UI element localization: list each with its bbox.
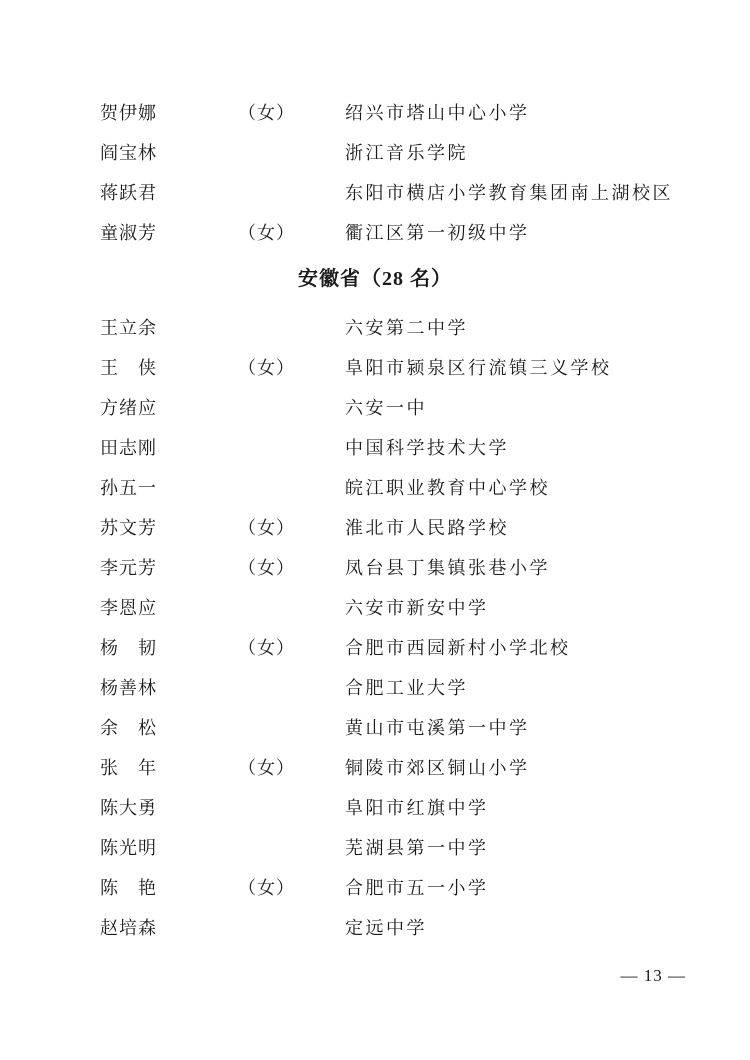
person-name: 童淑芳 bbox=[100, 219, 238, 245]
person-name: 贺伊娜 bbox=[100, 99, 238, 125]
person-name: 王 侠 bbox=[100, 354, 238, 380]
person-name: 陈大勇 bbox=[100, 794, 238, 820]
school-name: 阜阳市红旗中学 bbox=[345, 794, 489, 820]
entry-row: 方绪应 六安一中 bbox=[100, 387, 700, 427]
entry-row: 张 年 （女） 铜陵市郊区铜山小学 bbox=[100, 747, 700, 787]
entry-row: 陈大勇 阜阳市红旗中学 bbox=[100, 787, 700, 827]
entry-row: 赵培森 定远中学 bbox=[100, 907, 700, 947]
entry-row: 田志刚 中国科学技术大学 bbox=[100, 427, 700, 467]
school-name: 中国科学技术大学 bbox=[345, 434, 509, 460]
entry-row: 蒋跃君 东阳市横店小学教育集团南上湖校区 bbox=[100, 172, 700, 212]
entry-row: 陈 艳 （女） 合肥市五一小学 bbox=[100, 867, 700, 907]
person-name: 李恩应 bbox=[100, 594, 238, 620]
person-name: 陈 艳 bbox=[100, 874, 238, 900]
school-name: 衢江区第一初级中学 bbox=[345, 219, 530, 245]
person-name: 杨 韧 bbox=[100, 634, 238, 660]
school-name: 阜阳市颍泉区行流镇三义学校 bbox=[345, 354, 612, 380]
entry-row: 王立余 六安第二中学 bbox=[100, 307, 700, 347]
school-name: 六安市新安中学 bbox=[345, 594, 489, 620]
gender-label: （女） bbox=[238, 634, 345, 660]
entry-row: 孙五一 皖江职业教育中心学校 bbox=[100, 467, 700, 507]
school-name: 绍兴市塔山中心小学 bbox=[345, 99, 530, 125]
section-entry-list: 王立余 六安第二中学 王 侠 （女） 阜阳市颍泉区行流镇三义学校 方绪应 六安一… bbox=[100, 307, 700, 947]
person-name: 王立余 bbox=[100, 314, 238, 340]
gender-label: （女） bbox=[238, 554, 345, 580]
person-name: 孙五一 bbox=[100, 474, 238, 500]
document-content: 贺伊娜 （女） 绍兴市塔山中心小学 阎宝林 浙江音乐学院 蒋跃君 东阳市横店小学… bbox=[100, 92, 700, 947]
entry-row: 余 松 黄山市屯溪第一中学 bbox=[100, 707, 700, 747]
school-name: 芜湖县第一中学 bbox=[345, 834, 489, 860]
school-name: 合肥市西园新村小学北校 bbox=[345, 634, 571, 660]
gender-label: （女） bbox=[238, 354, 345, 380]
page-number: — 13 — bbox=[621, 966, 687, 986]
person-name: 苏文芳 bbox=[100, 514, 238, 540]
entry-row: 李元芳 （女） 凤台县丁集镇张巷小学 bbox=[100, 547, 700, 587]
gender-label: （女） bbox=[238, 514, 345, 540]
entry-row: 杨 韧 （女） 合肥市西园新村小学北校 bbox=[100, 627, 700, 667]
school-name: 合肥工业大学 bbox=[345, 674, 468, 700]
school-name: 铜陵市郊区铜山小学 bbox=[345, 754, 530, 780]
section-title: 安徽省（28 名） bbox=[0, 252, 750, 307]
school-name: 浙江音乐学院 bbox=[345, 139, 468, 165]
school-name: 合肥市五一小学 bbox=[345, 874, 489, 900]
gender-label: （女） bbox=[238, 754, 345, 780]
entry-row: 苏文芳 （女） 淮北市人民路学校 bbox=[100, 507, 700, 547]
gender-label: （女） bbox=[238, 219, 345, 245]
person-name: 方绪应 bbox=[100, 394, 238, 420]
person-name: 李元芳 bbox=[100, 554, 238, 580]
gender-label: （女） bbox=[238, 874, 345, 900]
document-page: 贺伊娜 （女） 绍兴市塔山中心小学 阎宝林 浙江音乐学院 蒋跃君 东阳市横店小学… bbox=[0, 0, 750, 1060]
entry-row: 贺伊娜 （女） 绍兴市塔山中心小学 bbox=[100, 92, 700, 132]
school-name: 皖江职业教育中心学校 bbox=[345, 474, 550, 500]
gender-label: （女） bbox=[238, 99, 345, 125]
entry-row: 陈光明 芜湖县第一中学 bbox=[100, 827, 700, 867]
person-name: 阎宝林 bbox=[100, 139, 238, 165]
person-name: 田志刚 bbox=[100, 434, 238, 460]
entry-row: 阎宝林 浙江音乐学院 bbox=[100, 132, 700, 172]
entry-row: 杨善林 合肥工业大学 bbox=[100, 667, 700, 707]
person-name: 张 年 bbox=[100, 754, 238, 780]
school-name: 东阳市横店小学教育集团南上湖校区 bbox=[345, 179, 673, 205]
person-name: 蒋跃君 bbox=[100, 179, 238, 205]
top-entry-list: 贺伊娜 （女） 绍兴市塔山中心小学 阎宝林 浙江音乐学院 蒋跃君 东阳市横店小学… bbox=[100, 92, 700, 252]
person-name: 杨善林 bbox=[100, 674, 238, 700]
school-name: 凤台县丁集镇张巷小学 bbox=[345, 554, 550, 580]
person-name: 陈光明 bbox=[100, 834, 238, 860]
school-name: 黄山市屯溪第一中学 bbox=[345, 714, 530, 740]
person-name: 赵培森 bbox=[100, 914, 238, 940]
school-name: 定远中学 bbox=[345, 914, 427, 940]
person-name: 余 松 bbox=[100, 714, 238, 740]
entry-row: 童淑芳 （女） 衢江区第一初级中学 bbox=[100, 212, 700, 252]
entry-row: 李恩应 六安市新安中学 bbox=[100, 587, 700, 627]
entry-row: 王 侠 （女） 阜阳市颍泉区行流镇三义学校 bbox=[100, 347, 700, 387]
school-name: 六安第二中学 bbox=[345, 314, 468, 340]
school-name: 淮北市人民路学校 bbox=[345, 514, 509, 540]
school-name: 六安一中 bbox=[345, 394, 427, 420]
